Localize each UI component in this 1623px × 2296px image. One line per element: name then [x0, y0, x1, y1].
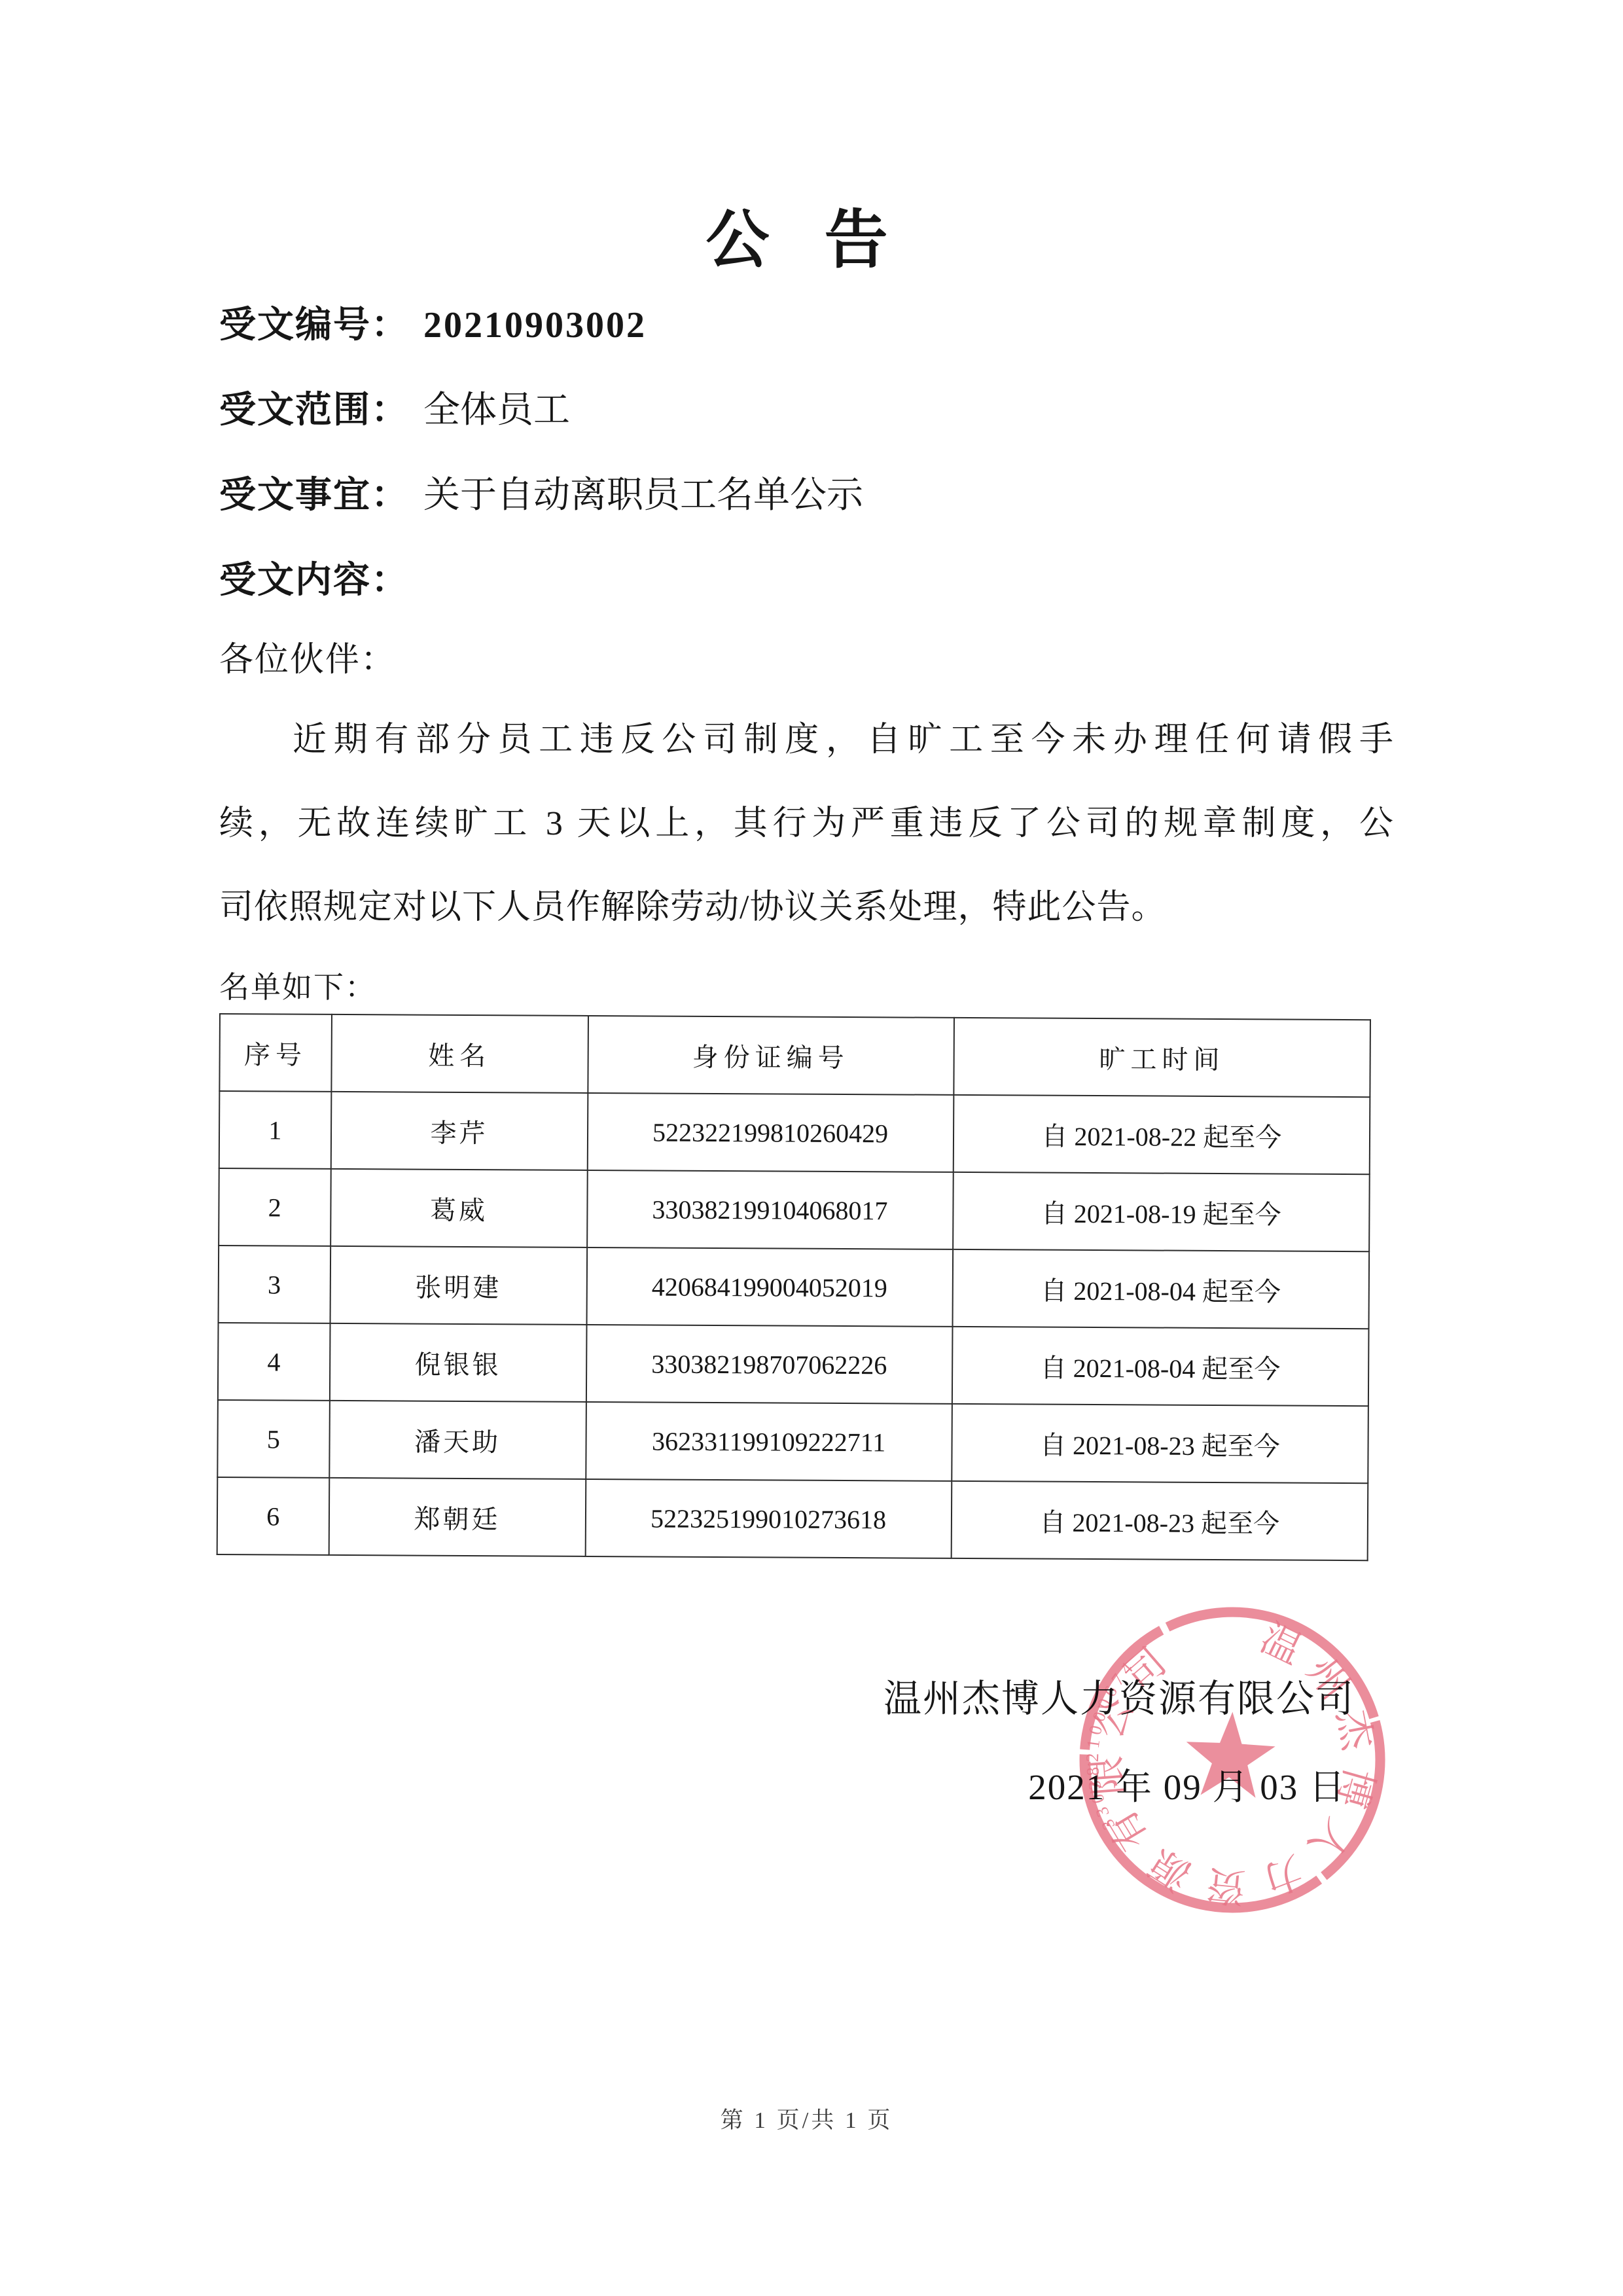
company-stamp-seal: 温州杰博人力资源有限公司 3303821000674: [1050, 1577, 1415, 1943]
cell-index: 2: [219, 1168, 330, 1246]
field-subject: 受文事宜：关于自动离职员工名单公示: [219, 466, 1463, 518]
col-header-index: 序号: [219, 1014, 331, 1092]
cell-absence-period: 自 2021-08-04 起至今: [952, 1327, 1368, 1406]
cell-name: 潘天助: [329, 1401, 586, 1479]
cell-name: 李芹: [330, 1092, 588, 1170]
field-doc-number-label: 受文编号：: [219, 305, 409, 346]
cell-name: 倪银银: [329, 1323, 586, 1402]
col-header-id-number: 身份证编号: [588, 1016, 954, 1095]
page-footer: 第 1 页/共 1 页: [219, 2102, 1394, 2135]
cell-absence-period: 自 2021-08-23 起至今: [951, 1481, 1368, 1560]
roster-table: 序号 姓名 身份证编号 旷工时间 1 李芹 522322199810260429…: [217, 1013, 1371, 1561]
cell-id-number: 330382198707062226: [586, 1325, 952, 1404]
field-scope: 受文范围：全体员工: [219, 381, 1463, 433]
cell-id-number: 420684199004052019: [586, 1247, 953, 1327]
cell-index: 3: [219, 1246, 330, 1323]
star-icon: [1182, 1704, 1287, 1812]
table-row: 4 倪银银 330382198707062226 自 2021-08-04 起至…: [218, 1323, 1369, 1406]
cell-absence-period: 自 2021-08-23 起至今: [952, 1404, 1368, 1483]
cell-index: 1: [219, 1091, 331, 1169]
col-header-name: 姓名: [331, 1014, 588, 1093]
announcement-document: 公 告 受文编号：20210903002 受文范围：全体员工 受文事宜：关于自动…: [0, 0, 1623, 2296]
cell-name: 张明建: [330, 1246, 587, 1325]
cell-absence-period: 自 2021-08-04 起至今: [952, 1249, 1369, 1329]
cell-absence-period: 自 2021-08-19 起至今: [953, 1172, 1370, 1251]
field-doc-number-value: 20210903002: [423, 305, 647, 346]
page-title: 公 告: [219, 188, 1394, 280]
roster-table-wrap: 序号 姓名 身份证编号 旷工时间 1 李芹 522322199810260429…: [217, 1013, 1371, 1561]
table-header-row: 序号 姓名 身份证编号 旷工时间: [219, 1014, 1370, 1097]
cell-id-number: 330382199104068017: [587, 1170, 954, 1249]
cell-name: 郑朝廷: [329, 1478, 586, 1556]
salutation: 各位伙伴：: [219, 632, 396, 681]
cell-index: 5: [217, 1400, 329, 1478]
cell-index: 6: [217, 1477, 329, 1555]
col-header-absence-period: 旷工时间: [954, 1018, 1370, 1097]
cell-absence-period: 自 2021-08-22 起至今: [953, 1095, 1370, 1174]
field-content-label: 受文内容：: [219, 560, 409, 601]
table-row: 2 葛威 330382199104068017 自 2021-08-19 起至今: [219, 1168, 1370, 1251]
cell-id-number: 362331199109222711: [586, 1402, 952, 1481]
field-scope-label: 受文范围：: [219, 390, 409, 431]
body-paragraph-line: 近期有部分员工违反公司制度，自旷工至今未办理任何请假手: [219, 719, 1394, 761]
cell-index: 4: [218, 1323, 330, 1401]
table-row: 5 潘天助 362331199109222711 自 2021-08-23 起至…: [217, 1400, 1368, 1483]
body-paragraph-line: 司依照规定对以下人员作解除劳动/协议关系处理，特此公告。: [219, 886, 1394, 929]
body-paragraph-line: 续，无故连续旷工 3 天以上，其行为严重违反了公司的规章制度，公: [219, 802, 1394, 845]
field-content: 受文内容：: [219, 551, 1463, 603]
table-row: 6 郑朝廷 522325199010273618 自 2021-08-23 起至…: [217, 1477, 1368, 1560]
cell-id-number: 522322199810260429: [587, 1093, 954, 1172]
field-subject-label: 受文事宜：: [219, 475, 409, 516]
cell-name: 葛威: [330, 1169, 588, 1247]
table-row: 1 李芹 522322199810260429 自 2021-08-22 起至今: [219, 1091, 1370, 1174]
field-subject-value: 关于自动离职员工名单公示: [423, 475, 863, 516]
cell-id-number: 522325199010273618: [585, 1479, 952, 1558]
field-scope-value: 全体员工: [423, 390, 570, 431]
field-doc-number: 受文编号：20210903002: [219, 296, 1463, 348]
table-row: 3 张明建 420684199004052019 自 2021-08-04 起至…: [219, 1246, 1370, 1329]
list-intro: 名单如下：: [219, 963, 376, 1007]
